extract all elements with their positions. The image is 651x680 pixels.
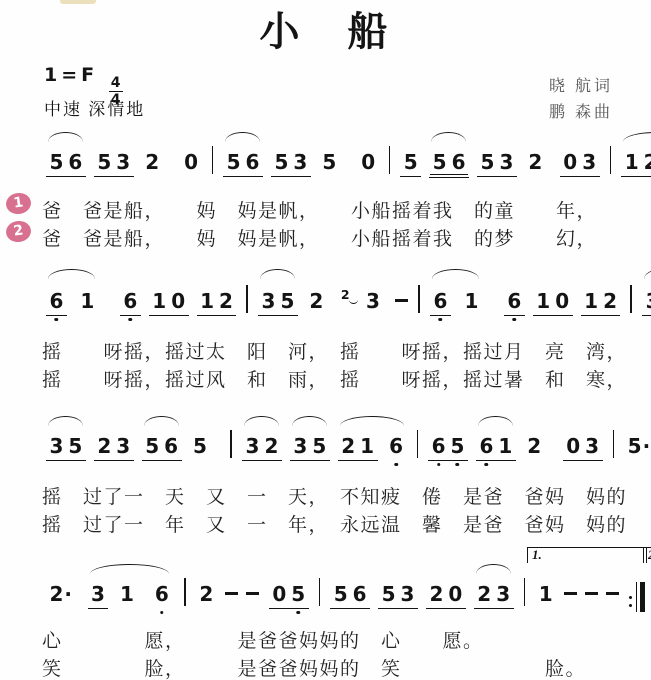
note: 3 <box>259 289 278 313</box>
thin-barline <box>636 582 638 612</box>
note: 2 <box>262 434 281 458</box>
barline <box>184 578 186 606</box>
note: 0 <box>270 582 289 606</box>
note: 3 <box>583 434 602 458</box>
note-group: 56 <box>46 150 86 177</box>
note-group: 20 <box>426 582 466 609</box>
note-group: 2 <box>525 150 546 176</box>
slur-arc <box>48 132 83 142</box>
note-group: 2 <box>306 289 327 315</box>
note: 2 <box>525 434 544 458</box>
note: 3 <box>47 434 66 458</box>
note-group: 65 <box>428 434 468 461</box>
low-octave-dot <box>456 463 460 467</box>
note-group: 23 <box>94 434 134 461</box>
lyric-line-1: 爸 爸是船， 妈 妈是帆， 小船摇着我 的童 年， <box>42 196 597 223</box>
note: 1 <box>582 289 601 313</box>
repeat-end-barline <box>629 582 645 612</box>
note-group: 35 <box>290 434 330 461</box>
spacer <box>486 307 500 308</box>
note: 1 <box>117 582 136 606</box>
note-group: 03 <box>563 434 603 461</box>
note-group: 56 <box>429 150 469 178</box>
note-group: 6 <box>504 289 525 316</box>
note: 0 <box>553 289 572 313</box>
slur-arc <box>340 416 404 426</box>
volta-bracket: 1. <box>527 547 647 563</box>
note: 1 <box>534 289 553 313</box>
slur-arc <box>644 269 651 279</box>
note-group: 3 <box>88 582 109 609</box>
music-line-2: 616101235223616101235112 <box>42 265 651 316</box>
lyric-line-5: 摇 过了一 天 又 一 天， 不知疲 倦 是爸 爸妈 妈的 <box>42 482 627 509</box>
lyric-line-6: 摇 过了一 年 又 一 年， 永远温 馨 是爸 爸妈 妈的 <box>42 510 627 537</box>
duration-dash <box>606 592 619 595</box>
note: 1 <box>622 150 641 174</box>
spacer <box>550 168 556 169</box>
slur-arc <box>623 132 651 142</box>
slur-arc <box>260 269 295 279</box>
note: 6 <box>477 434 496 458</box>
note-group: 03 <box>560 150 600 177</box>
note: 2 <box>475 582 494 606</box>
note-group: 3 <box>363 289 384 315</box>
note: 0 <box>359 150 378 174</box>
spacer <box>344 168 354 169</box>
barline <box>418 285 420 313</box>
note-group: 56 <box>223 150 263 177</box>
music-line-3: 3523565323521665612035·63233 <box>42 412 651 461</box>
note-group: 35 <box>258 289 298 316</box>
barline <box>524 578 526 606</box>
slur-arc <box>225 132 260 142</box>
duration-dash <box>225 592 238 595</box>
note: 5 <box>401 150 420 174</box>
barline <box>246 285 248 313</box>
duration-dash <box>395 299 408 302</box>
note-group: 23 <box>474 582 514 609</box>
note: 6 <box>350 582 369 606</box>
barline <box>630 285 632 313</box>
barline <box>610 146 612 174</box>
note: 3 <box>89 582 108 606</box>
grace-tie-arc <box>349 298 358 304</box>
note: 5 <box>448 434 467 458</box>
barline <box>230 430 232 458</box>
repeat-dots <box>629 596 632 607</box>
low-octave-dot <box>439 318 443 322</box>
note: 2 <box>307 289 326 313</box>
note-group: 1 <box>535 582 556 608</box>
barline <box>319 578 321 606</box>
note-group: 5 <box>400 150 421 177</box>
note: 0 <box>446 582 465 606</box>
note-group: 6 <box>46 289 67 316</box>
note-group: 6 <box>151 582 172 608</box>
verse-number-badge: 2 <box>5 219 33 243</box>
note: 5 <box>272 150 291 174</box>
note: 6 <box>152 582 171 606</box>
note-group: 2 <box>142 150 163 176</box>
note: 3 <box>497 150 516 174</box>
note-group: 5 <box>190 434 211 460</box>
note-group: 2 <box>196 582 217 608</box>
note: 5· <box>625 434 651 458</box>
lyric-line-4: 摇 呀摇，摇过风 和 雨， 摇 呀摇，摇过暑 和 寒， <box>42 365 627 392</box>
note: 0 <box>169 289 188 313</box>
duration-dash <box>246 592 259 595</box>
note: 2 <box>601 289 620 313</box>
note: 2 <box>217 289 236 313</box>
note-group: 10 <box>149 289 189 316</box>
low-octave-dot <box>513 318 517 322</box>
note: 3 <box>114 434 133 458</box>
slur-arc <box>244 416 279 426</box>
note: 6 <box>121 289 140 313</box>
note: 6 <box>449 150 468 175</box>
note: 1 <box>78 289 97 313</box>
note: 1 <box>198 289 217 313</box>
note-group: 1 <box>116 582 137 608</box>
spacer <box>455 307 457 308</box>
note: 1 <box>358 434 377 458</box>
note: 6 <box>243 150 262 174</box>
note: 2 <box>197 582 216 606</box>
note-group: 05 <box>269 582 309 609</box>
note: 1 <box>496 434 515 458</box>
grace-note: 2 <box>341 283 358 313</box>
note: 2 <box>641 150 651 174</box>
note-group: 21 <box>338 434 378 461</box>
note: 1 <box>462 289 481 313</box>
augmentation-dot: · <box>64 582 72 606</box>
slur-arc <box>476 564 511 574</box>
sheet-music-page: 小 船 1=F 4 4 中速 深情地 晓 航词 鹏 森曲 56532056535… <box>0 0 651 680</box>
thick-barline <box>640 582 645 612</box>
spacer <box>549 452 559 453</box>
barline <box>613 430 615 458</box>
volta-label: 1. <box>532 548 542 561</box>
note: 5 <box>430 150 449 175</box>
note: 5 <box>47 150 66 174</box>
note-group: 32 <box>242 434 282 461</box>
low-octave-dot <box>129 318 133 322</box>
note-group: 6 <box>430 289 451 316</box>
note-group: 6 <box>386 434 407 460</box>
note: 2 <box>339 434 358 458</box>
note: 6 <box>162 434 181 458</box>
note: 3 <box>643 289 651 313</box>
music-line-1: 565320565350556532031265 <box>42 128 651 178</box>
note: 0 <box>564 434 583 458</box>
note: 3 <box>398 582 417 606</box>
note: 3 <box>364 289 383 313</box>
note-group: 5 <box>319 150 340 176</box>
note: 2 <box>427 582 446 606</box>
note: 5 <box>66 434 85 458</box>
spacer <box>80 600 84 601</box>
note: 3 <box>114 150 133 174</box>
note-group: 53 <box>271 150 311 177</box>
spacer <box>71 307 73 308</box>
note: 6 <box>47 289 66 313</box>
note: 5 <box>224 150 243 174</box>
low-octave-dot <box>485 463 489 467</box>
note: 3 <box>291 434 310 458</box>
lyric-line-3: 摇 呀摇，摇过太 阳 河， 摇 呀摇，摇过月 亮 湾， <box>42 337 627 364</box>
lyric-line-8: 笑 脸， 是爸爸妈妈的 笑 脸。 <box>42 654 586 680</box>
barline <box>417 430 419 458</box>
spacer <box>331 307 339 308</box>
note: 2 <box>95 434 114 458</box>
slur-arc <box>432 269 479 279</box>
note: 5 <box>331 582 350 606</box>
note-group: 35 <box>46 434 86 461</box>
slur-arc <box>292 416 327 426</box>
note: 0 <box>561 150 580 174</box>
augmentation-dot: · <box>643 434 651 458</box>
slur-arc <box>478 416 513 426</box>
spacer <box>102 307 116 308</box>
slur-arc <box>144 416 179 426</box>
note-group: 1 <box>461 289 482 315</box>
note: 1 <box>150 289 169 313</box>
note-group: 12 <box>197 289 237 316</box>
low-octave-dot <box>160 611 164 615</box>
note-group: 0 <box>358 150 379 176</box>
slur-arc <box>48 269 95 279</box>
slur-arc <box>48 416 83 426</box>
note-group: 12 <box>621 150 651 177</box>
spacer <box>214 452 224 453</box>
note: 6 <box>66 150 85 174</box>
note-group: 53 <box>378 582 418 609</box>
note: 5 <box>478 150 497 174</box>
spacer <box>141 600 147 601</box>
note-group: 2· <box>46 582 76 608</box>
note: 5 <box>278 289 297 313</box>
spacer <box>387 307 391 308</box>
note: 3 <box>291 150 310 174</box>
note-group: 12 <box>581 289 621 316</box>
barline <box>212 146 214 174</box>
note-group: 35 <box>642 289 651 316</box>
note: 2 <box>526 150 545 174</box>
spacer <box>176 600 178 601</box>
spacer <box>167 168 177 169</box>
note-group: 0 <box>181 150 202 176</box>
note-group: 6 <box>120 289 141 316</box>
note-group: 2 <box>524 434 545 460</box>
verse-number-badge: 1 <box>5 191 33 215</box>
duration-dash <box>585 592 598 595</box>
note-group: 56 <box>330 582 370 609</box>
low-octave-dot <box>55 318 59 322</box>
note-group: 61 <box>476 434 516 461</box>
note: 6 <box>387 434 406 458</box>
lyric-line-2: 爸 爸是船， 妈 妈是帆， 小船摇着我 的梦 幻， <box>42 224 597 251</box>
music-line-4: 2·31620556532023151.2. <box>42 560 651 612</box>
note: 0 <box>182 150 201 174</box>
note: 5 <box>95 150 114 174</box>
note: 2 <box>143 150 162 174</box>
note: 6 <box>429 434 448 458</box>
note: 5 <box>310 434 329 458</box>
score-body: 5653205653505565320312656161012352236161… <box>0 0 651 680</box>
note: 6 <box>431 289 450 313</box>
note: 5 <box>191 434 210 458</box>
low-octave-dot <box>437 463 441 467</box>
note-group: 1 <box>77 289 98 315</box>
note: 3 <box>243 434 262 458</box>
slur-arc <box>90 564 169 574</box>
note: 6 <box>505 289 524 313</box>
note: 2· <box>47 582 75 606</box>
note: 5 <box>289 582 308 606</box>
volta-bracket: 2. <box>643 547 651 563</box>
duration-dash <box>564 592 577 595</box>
note: 5 <box>379 582 398 606</box>
note-group: 56 <box>142 434 182 461</box>
note: 5 <box>320 150 339 174</box>
note-group: 53 <box>477 150 517 177</box>
note: 3 <box>494 582 513 606</box>
barline <box>389 146 391 174</box>
note-group: 10 <box>533 289 573 316</box>
note-group: 5· <box>624 434 651 460</box>
low-octave-dot <box>296 611 300 615</box>
note-group: 53 <box>94 150 134 177</box>
note: 5 <box>143 434 162 458</box>
note: 3 <box>580 150 599 174</box>
slur-arc <box>431 132 466 142</box>
spacer <box>263 600 265 601</box>
low-octave-dot <box>394 463 398 467</box>
lyric-line-7: 心 愿， 是爸爸妈妈的 心 愿。 <box>42 626 484 653</box>
note: 1 <box>536 582 555 606</box>
